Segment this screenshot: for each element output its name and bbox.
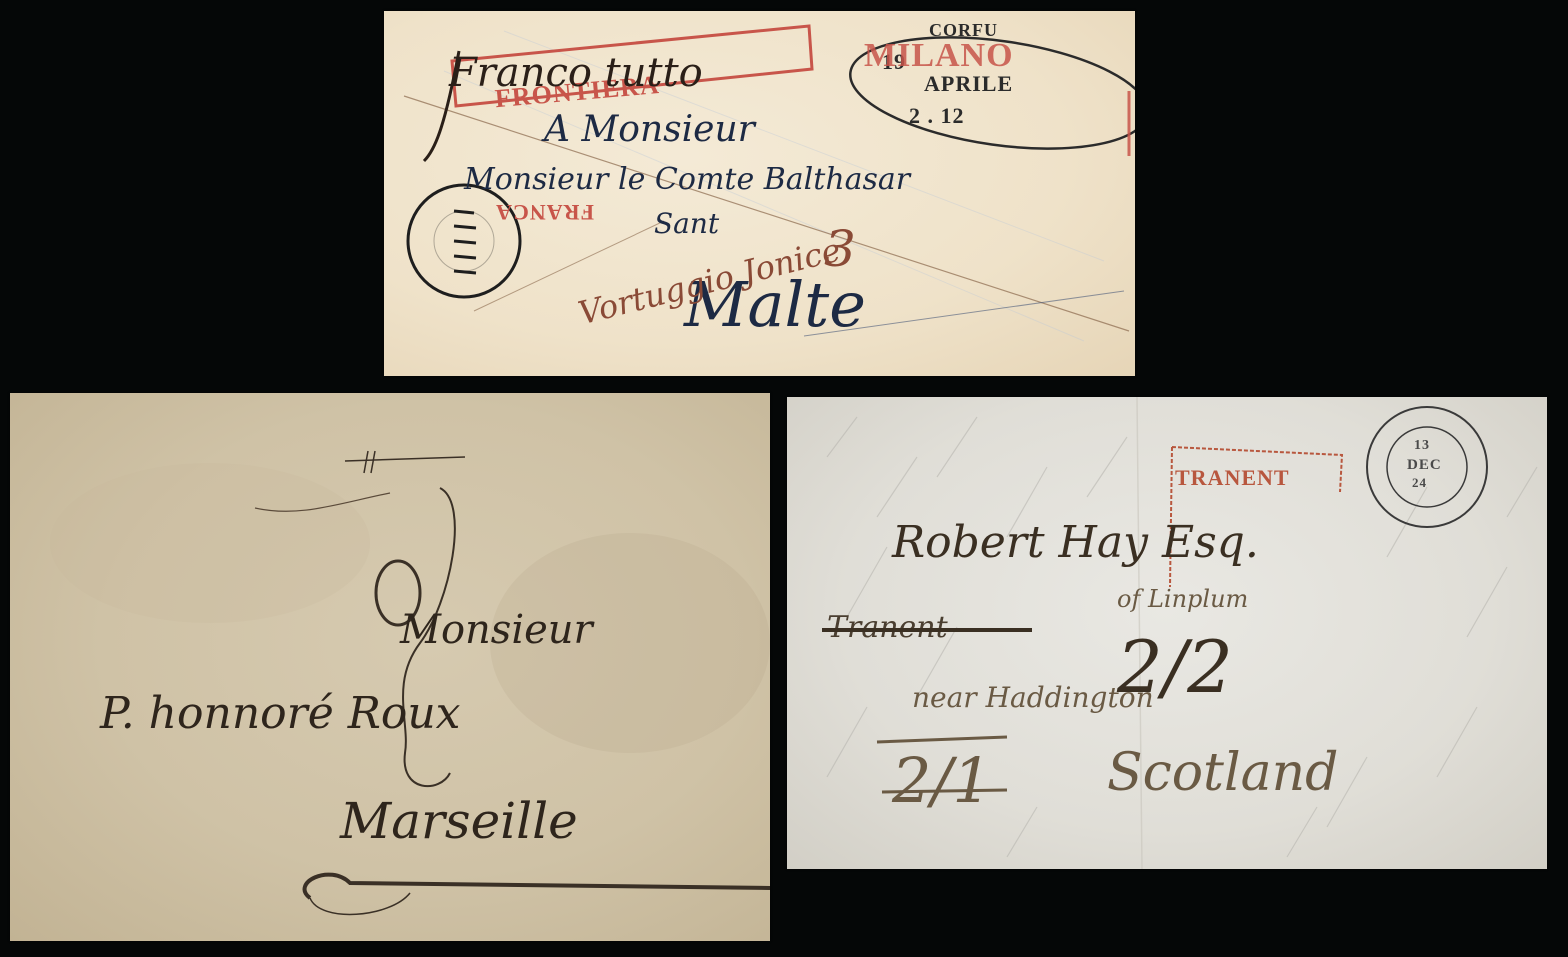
cover-to-marseille-artwork: Monsieur P. honnoré Roux Marseille — [10, 393, 770, 941]
struck-rate-note: 2/1 — [891, 744, 992, 817]
address-line-2: Monsieur le Comte Balthasar — [463, 162, 912, 197]
address-line-1: A Monsieur — [541, 109, 757, 150]
address-line-2: P. honnoré Roux — [99, 688, 461, 739]
cover-to-marseille: Monsieur P. honnoré Roux Marseille — [10, 393, 770, 941]
svg-text:13: 13 — [1414, 438, 1430, 453]
cover-to-scotland-artwork: TRANENT 13 DEC 24 Robert Hay Esq. of Lin… — [787, 397, 1547, 869]
struck-tranent-note: Tranent — [827, 610, 949, 645]
svg-text:DEC: DEC — [1407, 457, 1442, 473]
rate-note-2-2: 2/2 — [1116, 625, 1233, 709]
franco-tutto-note: Franco tutto — [448, 50, 703, 96]
cover-to-malta: FRONTIERA CORFU 19 APRILE 2 . 12 MILANO … — [384, 11, 1135, 376]
rate-note: 3 — [824, 220, 856, 278]
svg-text:24: 24 — [1412, 475, 1427, 490]
address-line-3: Marseille — [339, 792, 578, 850]
alexandria-datestamp: 13 DEC 24 — [1367, 407, 1487, 527]
franca-handstamp: FRANCA — [495, 200, 594, 225]
svg-text:MILANO: MILANO — [864, 37, 1014, 74]
address-line-2: of Linplum — [1117, 585, 1248, 613]
address-line-1: Monsieur — [399, 607, 596, 653]
svg-text:TRANENT: TRANENT — [1175, 465, 1290, 490]
cover-to-malta-artwork: FRONTIERA CORFU 19 APRILE 2 . 12 MILANO … — [384, 11, 1135, 376]
svg-text:2 . 12: 2 . 12 — [909, 103, 965, 128]
svg-text:APRILE: APRILE — [924, 71, 1013, 96]
address-line-1: Robert Hay Esq. — [891, 517, 1259, 568]
address-line-3: Sant — [654, 207, 720, 240]
address-line-4: Scotland — [1107, 743, 1338, 803]
cover-to-scotland: TRANENT 13 DEC 24 Robert Hay Esq. of Lin… — [787, 397, 1547, 869]
milano-handstamp: MILANO — [864, 37, 1129, 156]
